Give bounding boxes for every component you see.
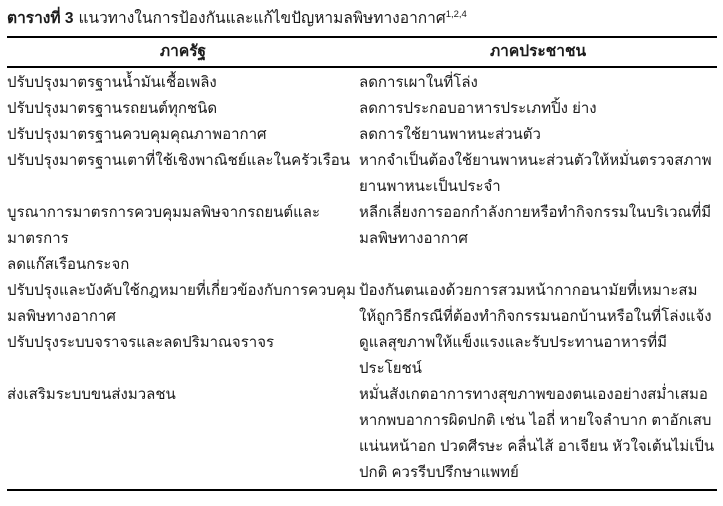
cell-line: บูรณาการมาตรการควบคุมมลพิษจากรถยนต์และ (7, 200, 355, 226)
cell-line: ประโยชน์ (359, 356, 713, 382)
cell-line: ป้องกันตนเองด้วยการสวมหน้ากากอนามัยที่เห… (359, 278, 713, 304)
table-cell-public: ลดการใช้ยานพาหนะส่วนตัว (359, 122, 717, 148)
column-header-government: ภาครัฐ (7, 43, 359, 60)
table-cell-government: ส่งเสริมระบบขนส่งมวลชน (7, 382, 359, 486)
table-cell-government: ปรับปรุงมาตรฐานเตาที่ใช้เชิงพาณิชย์และใน… (7, 148, 359, 200)
table-cell-government: ปรับปรุงและบังคับใช้กฎหมายที่เกี่ยวข้องก… (7, 278, 359, 330)
table-caption-title: แนวทางในการป้องกันและแก้ไขปัญหามลพิษทางอ… (79, 10, 446, 27)
reference-superscript: 1,2,4 (446, 9, 467, 20)
table-cell-public: หลีกเลี่ยงการออกกำลังกายหรือทำกิจกรรมในบ… (359, 200, 717, 252)
table-cell-public: หากจำเป็นต้องใช้ยานพาหนะส่วนตัวให้หมั่นต… (359, 148, 717, 200)
cell-line: มาตรการ (7, 226, 355, 252)
cell-line: ลดการเผาในที่โล่ง (359, 70, 713, 96)
cell-line: ลดแก๊สเรือนกระจก (7, 252, 355, 278)
cell-line: ส่งเสริมระบบขนส่งมวลชน (7, 382, 355, 408)
document-page: ตารางที่ 3แนวทางในการป้องกันและแก้ไขปัญห… (0, 0, 723, 506)
table-row: ปรับปรุงมาตรฐานรถยนต์ทุกชนิดลดการประกอบอ… (7, 96, 717, 122)
table-row: ปรับปรุงมาตรฐานควบคุมคุณภาพอากาศลดการใช้… (7, 122, 717, 148)
table-row: บูรณาการมาตรการควบคุมมลพิษจากรถยนต์และมา… (7, 200, 717, 252)
cell-line: ลดการใช้ยานพาหนะส่วนตัว (359, 122, 713, 148)
table-cell-public: ป้องกันตนเองด้วยการสวมหน้ากากอนามัยที่เห… (359, 278, 717, 330)
table-row: ปรับปรุงระบบจราจรและลดปริมาณจราจรดูแลสุข… (7, 330, 717, 382)
cell-line: ปรับปรุงมาตรฐานควบคุมคุณภาพอากาศ (7, 122, 355, 148)
cell-line: ปรับปรุงมาตรฐานน้ำมันเชื้อเพลิง (7, 70, 355, 96)
cell-line: ยานพาหนะเป็นประจำ (359, 174, 713, 200)
cell-line: มลพิษทางอากาศ (7, 304, 355, 330)
cell-line: ปรับปรุงมาตรฐานเตาที่ใช้เชิงพาณิชย์และใน… (7, 148, 355, 174)
cell-line: หากพบอาการผิดปกติ เช่น ไอถี่ หายใจลำบาก … (359, 408, 714, 434)
table-body: ปรับปรุงมาตรฐานน้ำมันเชื้อเพลิงลดการเผาใ… (7, 68, 717, 489)
cell-line: ลดการประกอบอาหารประเภทปิ้ง ย่าง (359, 96, 713, 122)
table-cell-government: ปรับปรุงมาตรฐานควบคุมคุณภาพอากาศ (7, 122, 359, 148)
column-header-public: ภาคประชาชน (359, 43, 717, 60)
table-row: ปรับปรุงและบังคับใช้กฎหมายที่เกี่ยวข้องก… (7, 278, 717, 330)
table-caption: ตารางที่ 3แนวทางในการป้องกันและแก้ไขปัญห… (7, 8, 717, 32)
cell-line: หากจำเป็นต้องใช้ยานพาหนะส่วนตัวให้หมั่นต… (359, 148, 713, 174)
cell-line: ปกติ ควรรีบปรึกษาแพทย์ (359, 460, 714, 486)
cell-line: ให้ถูกวิธีกรณีที่ต้องทำกิจกรรมนอกบ้านหรื… (359, 304, 713, 330)
table-cell-public (359, 252, 717, 278)
cell-line: ดูแลสุขภาพให้แข็งแรงและรับประทานอาหารที่… (359, 330, 713, 356)
table-cell-government: ปรับปรุงระบบจราจรและลดปริมาณจราจร (7, 330, 359, 382)
cell-line: มลพิษทางอากาศ (359, 226, 713, 252)
table-row: ลดแก๊สเรือนกระจก (7, 252, 717, 278)
cell-line: ปรับปรุงระบบจราจรและลดปริมาณจราจร (7, 330, 355, 356)
table-cell-government: ปรับปรุงมาตรฐานน้ำมันเชื้อเพลิง (7, 70, 359, 96)
table-cell-public: ดูแลสุขภาพให้แข็งแรงและรับประทานอาหารที่… (359, 330, 717, 382)
table-header-row: ภาครัฐ ภาคประชาชน (7, 38, 717, 66)
table-cell-government: บูรณาการมาตรการควบคุมมลพิษจากรถยนต์และมา… (7, 200, 359, 252)
cell-line: หลีกเลี่ยงการออกกำลังกายหรือทำกิจกรรมในบ… (359, 200, 713, 226)
table-cell-government: ปรับปรุงมาตรฐานรถยนต์ทุกชนิด (7, 96, 359, 122)
cell-line: หมั่นสังเกตอาการทางสุขภาพของตนเองอย่างสม… (359, 382, 714, 408)
table-cell-public: ลดการประกอบอาหารประเภทปิ้ง ย่าง (359, 96, 717, 122)
table-row: ปรับปรุงมาตรฐานเตาที่ใช้เชิงพาณิชย์และใน… (7, 148, 717, 200)
table-cell-public: ลดการเผาในที่โล่ง (359, 70, 717, 96)
table-caption-number: ตารางที่ 3 (7, 10, 74, 27)
cell-line: ปรับปรุงมาตรฐานรถยนต์ทุกชนิด (7, 96, 355, 122)
table-row: ส่งเสริมระบบขนส่งมวลชนหมั่นสังเกตอาการทา… (7, 382, 717, 486)
cell-line: ปรับปรุงและบังคับใช้กฎหมายที่เกี่ยวข้องก… (7, 278, 355, 304)
cell-line: แน่นหน้าอก ปวดศีรษะ คลื่นไส้ อาเจียน หัว… (359, 434, 714, 460)
table-cell-public: หมั่นสังเกตอาการทางสุขภาพของตนเองอย่างสม… (359, 382, 718, 486)
table-bottom-rule (7, 489, 717, 491)
table-cell-government: ลดแก๊สเรือนกระจก (7, 252, 359, 278)
table-row: ปรับปรุงมาตรฐานน้ำมันเชื้อเพลิงลดการเผาใ… (7, 70, 717, 96)
